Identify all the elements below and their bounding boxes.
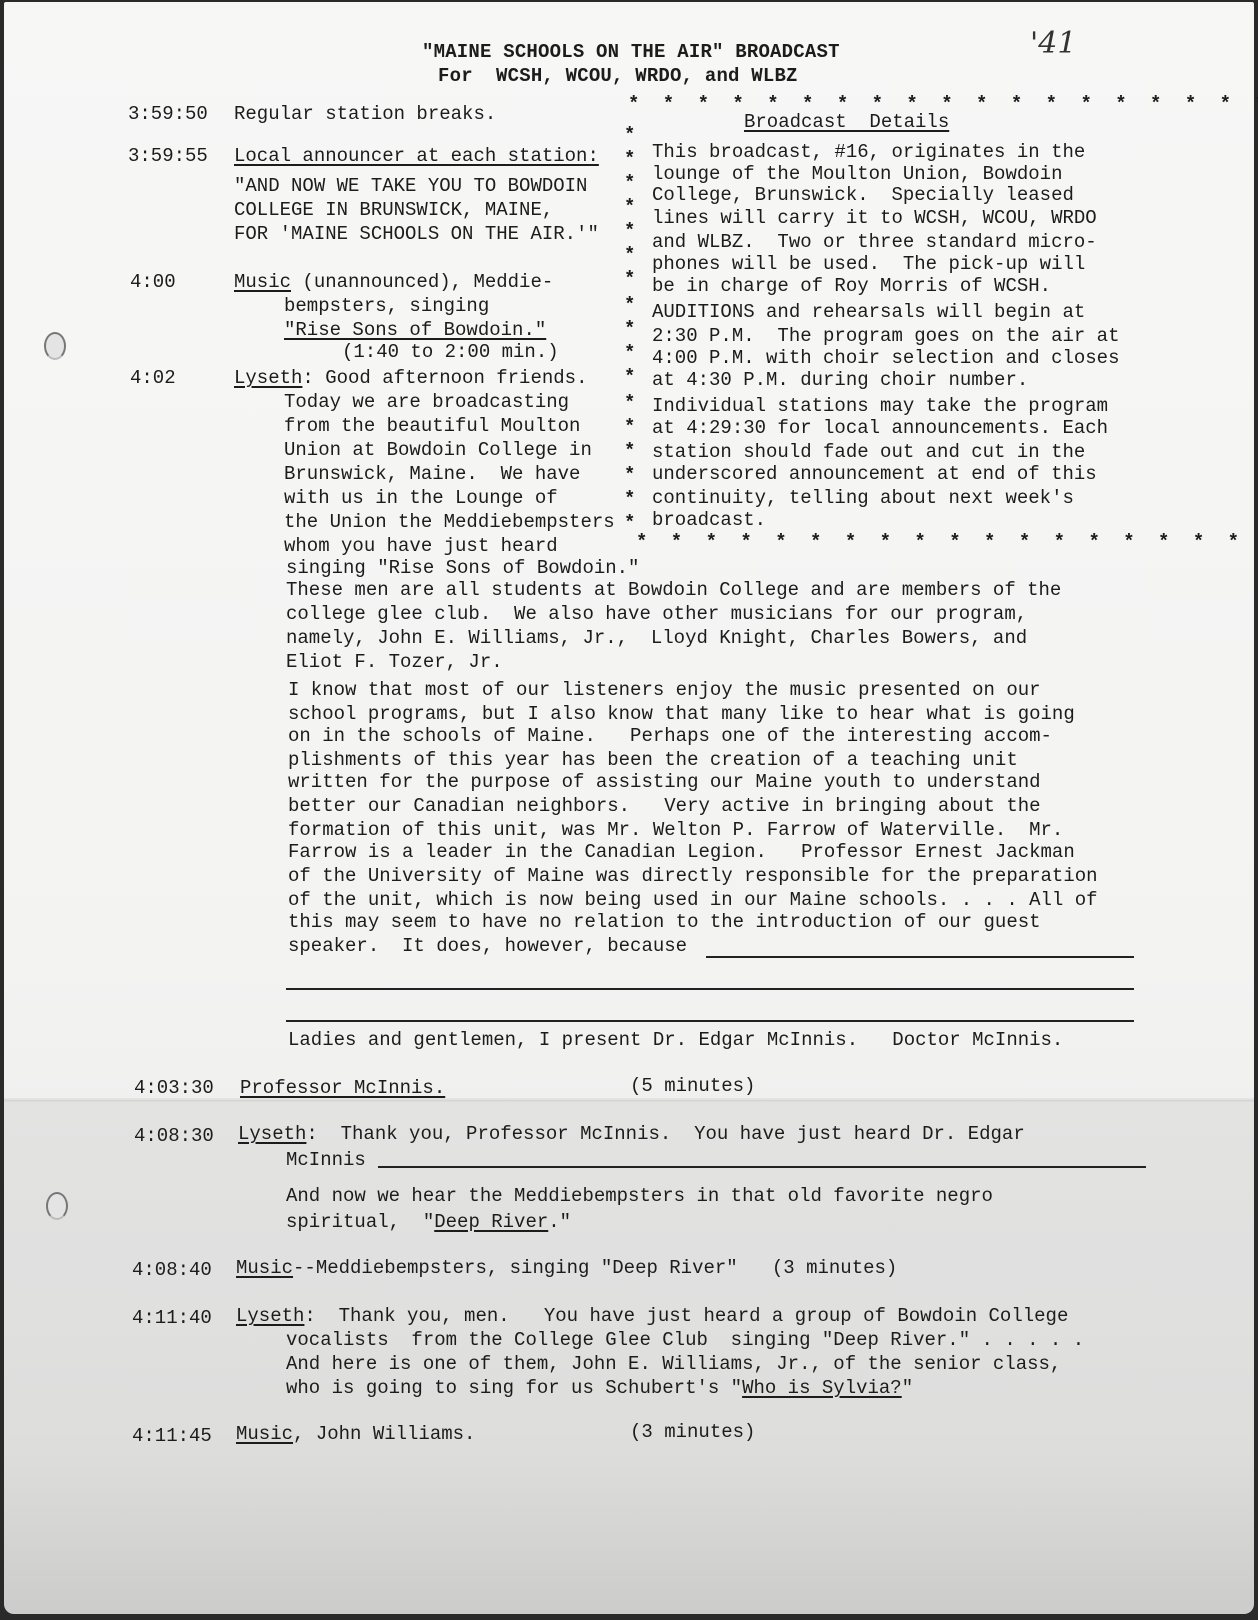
text-fragment: ."	[548, 1211, 571, 1233]
text-line: namely, John E. Williams, Jr., Lloyd Kni…	[286, 626, 1027, 650]
song-title: Deep River	[434, 1211, 548, 1233]
text-line: on in the schools of Maine. Perhaps one …	[288, 724, 1052, 748]
text-line: continuity, telling about next week's	[652, 486, 1074, 510]
text-line: And here is one of them, John E. William…	[286, 1352, 1061, 1376]
text-line: school programs, but I also know that ma…	[288, 702, 1075, 726]
entry-rest: : Thank you, men. You have just heard a …	[304, 1305, 1068, 1327]
text-line: AUDITIONS and rehearsals will begin at	[652, 300, 1085, 324]
introduction-line: Ladies and gentlemen, I present Dr. Edga…	[288, 1028, 1063, 1052]
entry-time: 4:11:40	[132, 1306, 212, 1330]
text-line: this may seem to have no relation to the…	[288, 910, 1041, 934]
text-line: speaker. It does, however, because	[288, 934, 687, 958]
entry-rest: : Good afternoon friends.	[302, 367, 587, 389]
sidebar-border-bottom: * * * * * * * * * * * * * * * * * * * * …	[636, 530, 1258, 554]
fill-in-blank	[378, 1166, 1146, 1168]
text-line: of the University of Maine was directly …	[288, 864, 1098, 888]
entry-text: Lyseth: Thank you, men. You have just he…	[236, 1304, 1068, 1328]
text-line: This broadcast, #16, originates in the	[652, 140, 1085, 164]
handwritten-page-number: '41	[1030, 32, 1076, 56]
entry-label: Music	[236, 1423, 293, 1445]
text-line: college glee club. We also have other mu…	[286, 602, 1027, 626]
song-title: "Rise Sons of Bowdoin."	[284, 318, 546, 342]
entry-rest: --Meddiebempsters, singing "Deep River" …	[293, 1257, 897, 1279]
text-line: from the beautiful Moulton	[284, 414, 580, 438]
duration: (1:40 to 2:00 min.)	[342, 340, 559, 364]
text-line: with us in the Lounge of	[284, 486, 558, 510]
text-line: who is going to sing for us Schubert's "…	[286, 1376, 913, 1400]
text-line: station should fade out and cut in the	[652, 440, 1085, 464]
entry-rest: , John Williams.	[293, 1423, 475, 1445]
text-line: lines will carry it to WCSH, WCOU, WRDO	[652, 206, 1097, 230]
sidebar-heading: Broadcast Details	[744, 110, 949, 134]
text-line: And now we hear the Meddiebempsters in t…	[286, 1184, 993, 1208]
text-line: underscored announcement at end of this	[652, 462, 1097, 486]
song-title: Who is Sylvia?	[742, 1377, 902, 1399]
text-line: 4:00 P.M. with choir selection and close…	[652, 346, 1119, 370]
entry-time: 3:59:50	[128, 102, 208, 126]
punch-hole-icon	[44, 332, 66, 360]
text-line: singing "Rise Sons of Bowdoin."	[286, 556, 639, 580]
fill-in-blank	[286, 988, 1134, 990]
text-line: broadcast.	[652, 508, 766, 532]
text-fragment: "	[902, 1377, 913, 1399]
text-line: Individual stations may take the program	[652, 394, 1108, 418]
text-fragment: spiritual, "	[286, 1211, 434, 1233]
entry-text: Music--Meddiebempsters, singing "Deep Ri…	[236, 1256, 897, 1280]
entry-text: Lyseth: Good afternoon friends.	[234, 366, 587, 390]
document-subtitle: For WCSH, WCOU, WRDO, and WLBZ	[438, 64, 798, 88]
text-line: spiritual, "Deep River."	[286, 1210, 571, 1234]
entry-label: Local announcer at each station:	[234, 144, 599, 168]
entry-time: 4:08:30	[134, 1124, 214, 1148]
entry-label: Lyseth	[238, 1123, 306, 1145]
entry-label: Lyseth	[234, 367, 302, 389]
entry-rest: (unannounced), Meddie-	[291, 271, 553, 293]
text-line: better our Canadian neighbors. Very acti…	[288, 794, 1041, 818]
text-line: whom you have just heard	[284, 534, 558, 558]
text-line: plishments of this year has been the cre…	[288, 748, 1018, 772]
punch-hole-icon	[46, 1192, 68, 1220]
text-line: at 4:30 P.M. during choir number.	[652, 368, 1028, 392]
text-line: College, Brunswick. Specially leased	[652, 183, 1074, 207]
text-line: vocalists from the College Glee Club sin…	[286, 1328, 1084, 1352]
duration: (5 minutes)	[630, 1074, 755, 1098]
text-line: Today we are broadcasting	[284, 390, 569, 414]
text-line: written for the purpose of assisting our…	[288, 770, 1041, 794]
text-line: "AND NOW WE TAKE YOU TO BOWDOIN	[234, 174, 587, 198]
text-line: McInnis	[286, 1148, 366, 1172]
entry-label: Music	[236, 1257, 293, 1279]
fill-in-blank	[706, 956, 1134, 958]
text-line: be in charge of Roy Morris of WCSH.	[652, 274, 1051, 298]
entry-label: Music	[234, 271, 291, 293]
text-line: of the unit, which is now being used in …	[288, 888, 1098, 912]
text-line: These men are all students at Bowdoin Co…	[286, 578, 1061, 602]
entry-text: Lyseth: Thank you, Professor McInnis. Yo…	[238, 1122, 1025, 1146]
text-line: bempsters, singing	[284, 294, 489, 318]
entry-label: Lyseth	[236, 1305, 304, 1327]
entry-time: 4:11:45	[132, 1424, 212, 1448]
text-line: FOR 'MAINE SCHOOLS ON THE AIR.'"	[234, 222, 599, 246]
fill-in-blank	[286, 1020, 1134, 1022]
text-line: and WLBZ. Two or three standard micro-	[652, 230, 1097, 254]
entry-text: Music, John Williams.	[236, 1422, 475, 1446]
entry-time: 4:03:30	[134, 1076, 214, 1100]
document-title: "MAINE SCHOOLS ON THE AIR" BROADCAST	[422, 40, 840, 64]
text-line: formation of this unit, was Mr. Welton P…	[288, 818, 1063, 842]
text-line: Brunswick, Maine. We have	[284, 462, 580, 486]
duration: (3 minutes)	[630, 1420, 755, 1444]
entry-label: Professor McInnis.	[240, 1076, 445, 1100]
text-line: phones will be used. The pick-up will	[652, 252, 1085, 276]
text-line: I know that most of our listeners enjoy …	[288, 678, 1041, 702]
text-fragment: who is going to sing for us Schubert's "	[286, 1377, 742, 1399]
entry-label: Regular station breaks.	[234, 102, 496, 126]
entry-time: 3:59:55	[128, 144, 208, 168]
text-line: 2:30 P.M. The program goes on the air at	[652, 324, 1119, 348]
entry-rest: : Thank you, Professor McInnis. You have…	[306, 1123, 1024, 1145]
text-line: Farrow is a leader in the Canadian Legio…	[288, 840, 1075, 864]
entry-time: 4:00	[130, 270, 176, 294]
text-line: the Union the Meddiebempsters	[284, 510, 615, 534]
entry-time: 4:02	[130, 366, 176, 390]
entry-time: 4:08:40	[132, 1258, 212, 1282]
text-line: Eliot F. Tozer, Jr.	[286, 650, 503, 674]
text-line: Union at Bowdoin College in	[284, 438, 592, 462]
text-line: COLLEGE IN BRUNSWICK, MAINE,	[234, 198, 553, 222]
entry-text: Music (unannounced), Meddie-	[234, 270, 553, 294]
text-line: at 4:29:30 for local announcements. Each	[652, 416, 1108, 440]
